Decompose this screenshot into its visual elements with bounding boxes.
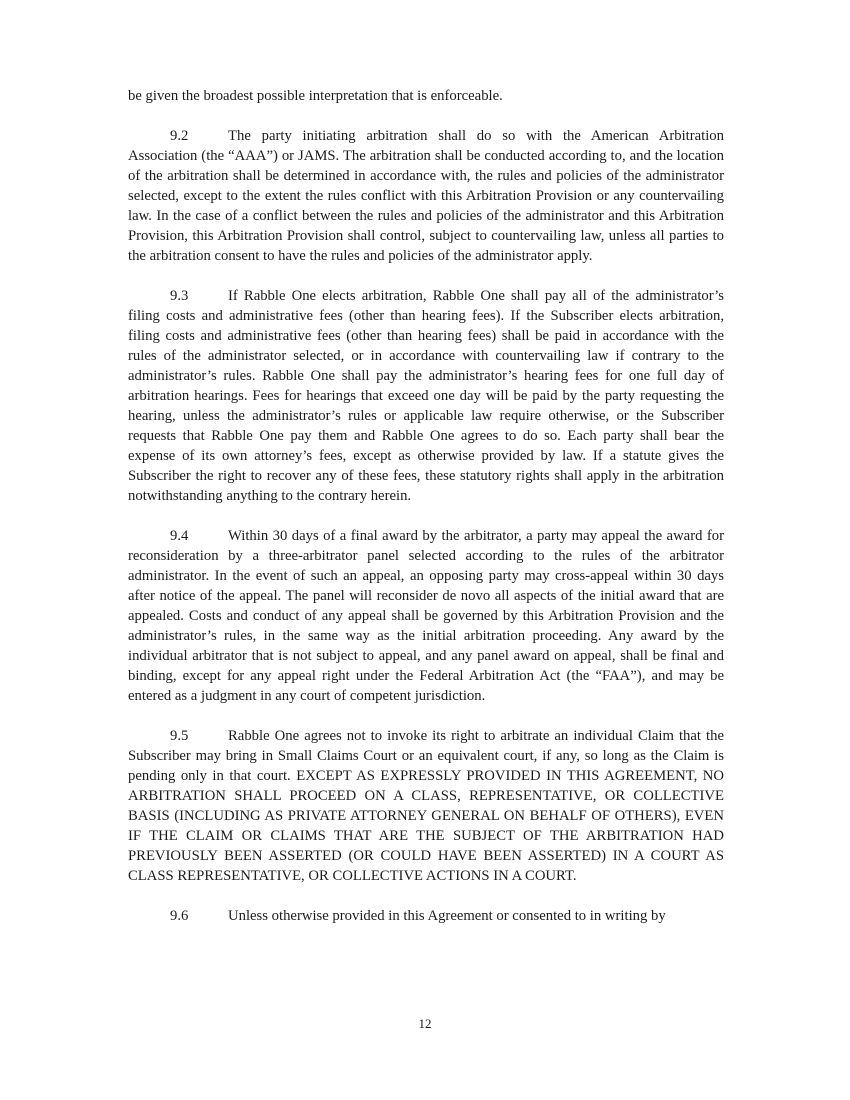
- paragraph-9-3: 9.3If Rabble One elects arbitration, Rab…: [128, 286, 724, 506]
- section-number: 9.2: [170, 126, 228, 146]
- section-number: 9.4: [170, 526, 228, 546]
- section-text: If Rabble One elects arbitration, Rabble…: [128, 288, 724, 504]
- section-number: 9.5: [170, 726, 228, 746]
- page-number: 12: [0, 1016, 850, 1032]
- paragraph-9-4: 9.4Within 30 days of a final award by th…: [128, 526, 724, 706]
- section-text: Rabble One agrees not to invoke its righ…: [128, 728, 724, 884]
- section-text: Unless otherwise provided in this Agreem…: [228, 908, 666, 924]
- section-number: 9.6: [170, 906, 228, 926]
- section-number: 9.3: [170, 286, 228, 306]
- document-page: be given the broadest possible interpret…: [0, 0, 850, 1100]
- paragraph-9-2: 9.2The party initiating arbitration shal…: [128, 126, 724, 266]
- paragraph-9-6: 9.6Unless otherwise provided in this Agr…: [128, 906, 724, 926]
- section-text: The party initiating arbitration shall d…: [128, 128, 724, 264]
- document-body: be given the broadest possible interpret…: [128, 86, 724, 946]
- paragraph-9-5: 9.5Rabble One agrees not to invoke its r…: [128, 726, 724, 886]
- continuation-paragraph: be given the broadest possible interpret…: [128, 86, 724, 106]
- section-text: Within 30 days of a final award by the a…: [128, 528, 724, 704]
